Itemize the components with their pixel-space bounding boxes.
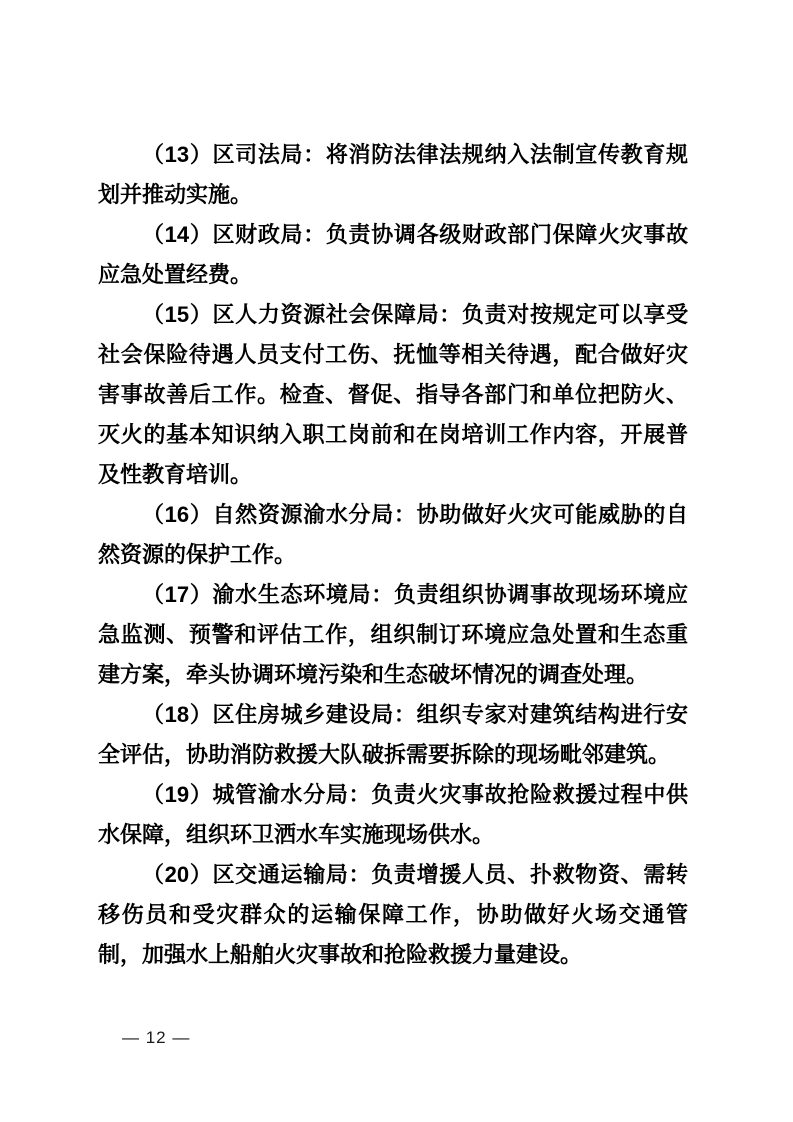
paragraph-16: （16）自然资源渝水分局：协助做好火灾可能威胁的自然资源的保护工作。 [98,495,688,575]
paragraph-13: （13）区司法局：将消防法律法规纳入法制宣传教育规划并推动实施。 [98,135,688,215]
document-page: （13）区司法局：将消防法律法规纳入法制宣传教育规划并推动实施。 （14）区财政… [0,0,793,1122]
paragraph-17: （17）渝水生态环境局：负责组织协调事故现场环境应急监测、预警和评估工作，组织制… [98,575,688,695]
paragraph-18: （18）区住房城乡建设局：组织专家对建筑结构进行安全评估，协助消防救援大队破拆需… [98,695,688,775]
paragraph-14: （14）区财政局：负责协调各级财政部门保障火灾事故应急处置经费。 [98,215,688,295]
paragraph-20: （20）区交通运输局：负责增援人员、扑救物资、需转移伤员和受灾群众的运输保障工作… [98,855,688,975]
paragraph-15: （15）区人力资源社会保障局：负责对按规定可以享受社会保险待遇人员支付工伤、抚恤… [98,295,688,495]
page-number: — 12 — [122,1028,190,1048]
paragraph-19: （19）城管渝水分局：负责火灾事故抢险救援过程中供水保障，组织环卫洒水车实施现场… [98,775,688,855]
document-body: （13）区司法局：将消防法律法规纳入法制宣传教育规划并推动实施。 （14）区财政… [98,135,688,975]
